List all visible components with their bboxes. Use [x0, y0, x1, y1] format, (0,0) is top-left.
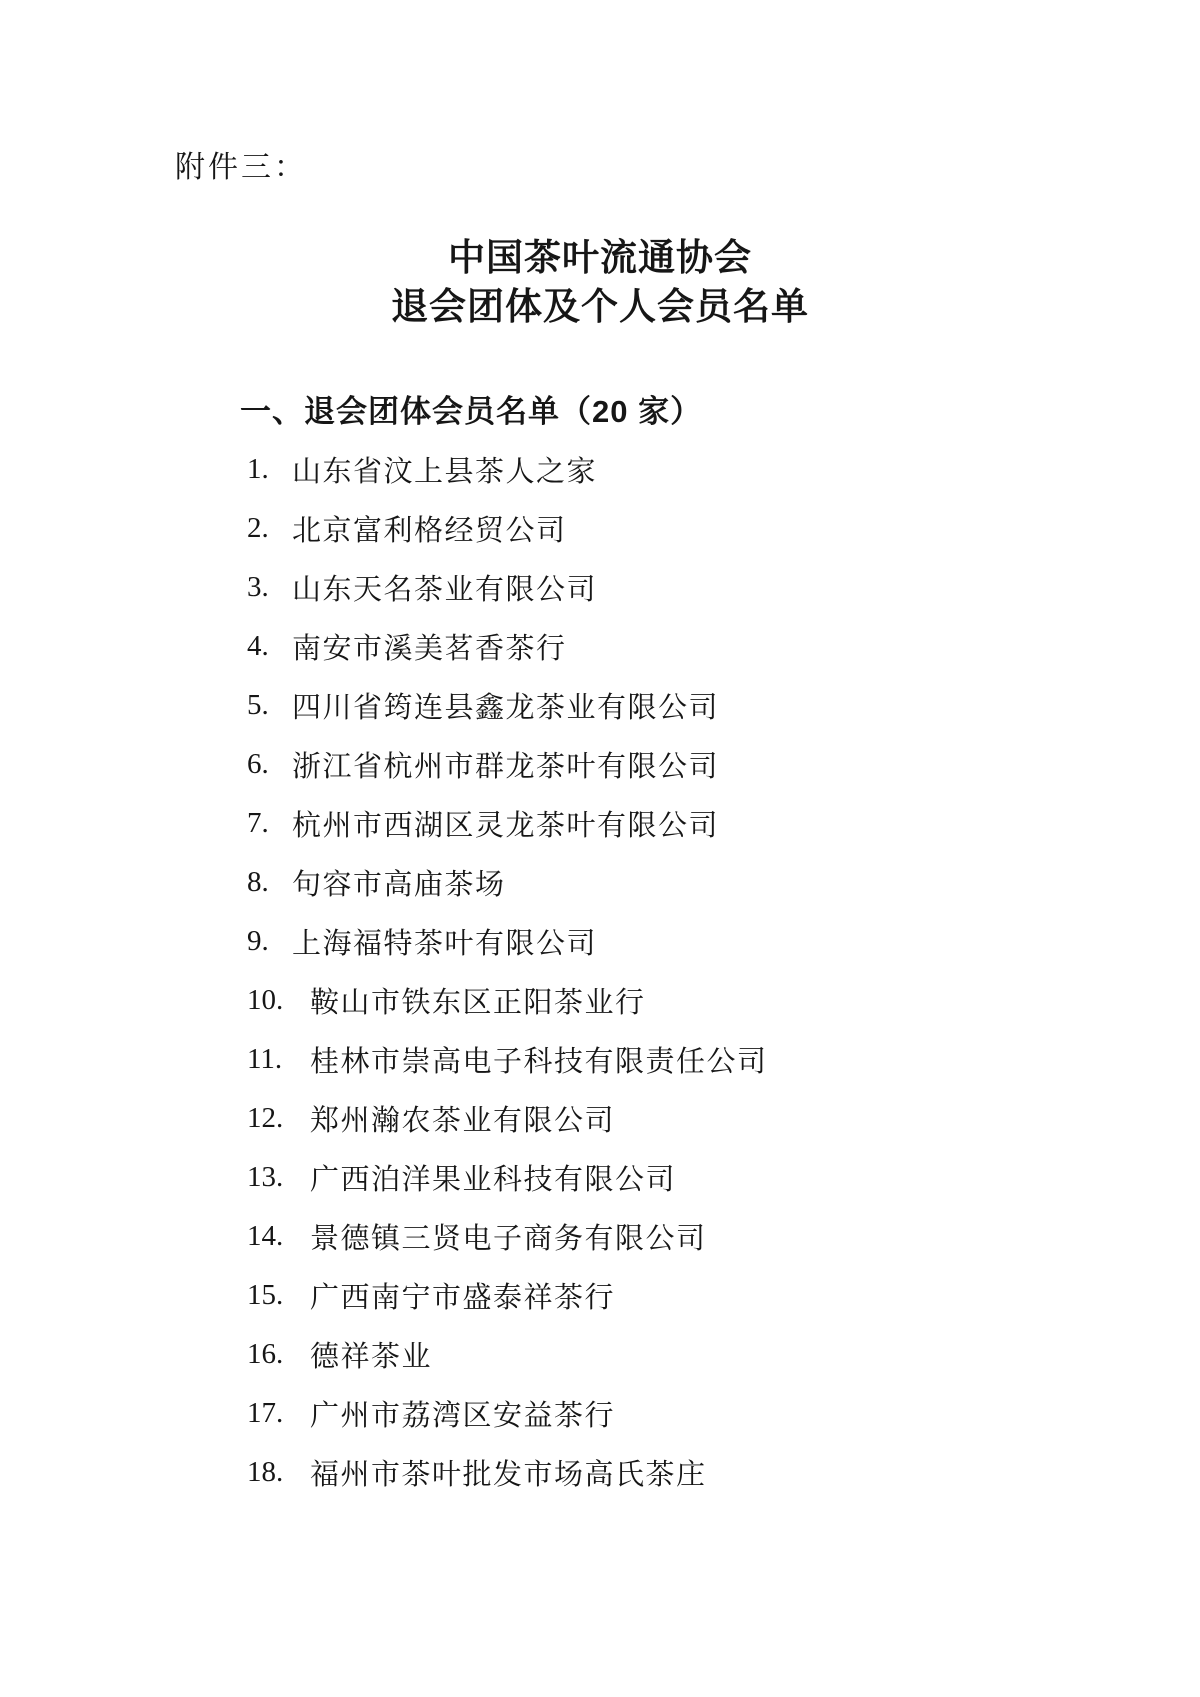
list-item: 16.德祥茶业 [247, 1325, 1067, 1384]
list-item-name: 句容市高庙茶场 [292, 862, 506, 903]
list-item-name: 广西泊洋果业科技有限公司 [310, 1157, 676, 1198]
list-item-name: 南安市溪美茗香茶行 [292, 626, 567, 667]
list-item-number: 11. [247, 1043, 310, 1076]
list-item-number: 16. [247, 1338, 310, 1371]
list-item-name: 北京富利格经贸公司 [292, 508, 567, 549]
list-item: 3.山东天名茶业有限公司 [247, 558, 1067, 617]
document-title: 中国茶叶流通协会 退会团体及个人会员名单 [0, 233, 1200, 331]
list-item: 1.山东省汶上县茶人之家 [247, 440, 1067, 499]
list-item-number: 15. [247, 1279, 310, 1312]
list-item-number: 14. [247, 1220, 310, 1253]
list-item-number: 13. [247, 1161, 310, 1194]
list-item: 2.北京富利格经贸公司 [247, 499, 1067, 558]
list-item: 17.广州市荔湾区安益茶行 [247, 1384, 1067, 1443]
list-item-name: 广西南宁市盛泰祥茶行 [310, 1275, 615, 1316]
list-item-number: 1. [247, 453, 292, 486]
list-item-number: 5. [247, 689, 292, 722]
list-item: 9.上海福特茶叶有限公司 [247, 912, 1067, 971]
list-item-number: 6. [247, 748, 292, 781]
list-item-number: 9. [247, 925, 292, 958]
list-item: 15.广西南宁市盛泰祥茶行 [247, 1266, 1067, 1325]
list-item: 12.郑州瀚农茶业有限公司 [247, 1089, 1067, 1148]
list-item-number: 17. [247, 1397, 310, 1430]
list-item-name: 广州市荔湾区安益茶行 [310, 1393, 615, 1434]
member-list: 1.山东省汶上县茶人之家2.北京富利格经贸公司3.山东天名茶业有限公司4.南安市… [247, 440, 1067, 1502]
list-item-name: 山东省汶上县茶人之家 [292, 449, 597, 490]
list-item: 14.景德镇三贤电子商务有限公司 [247, 1207, 1067, 1266]
list-item-number: 10. [247, 984, 310, 1017]
list-item-number: 7. [247, 807, 292, 840]
list-item-number: 3. [247, 571, 292, 604]
list-item-number: 12. [247, 1102, 310, 1135]
list-item-name: 浙江省杭州市群龙茶叶有限公司 [292, 744, 719, 785]
list-item-number: 18. [247, 1456, 310, 1489]
list-item-name: 福州市茶叶批发市场高氏茶庄 [310, 1452, 707, 1493]
list-item-name: 郑州瀚农茶业有限公司 [310, 1098, 615, 1139]
list-item: 4.南安市溪美茗香茶行 [247, 617, 1067, 676]
list-item: 7.杭州市西湖区灵龙茶叶有限公司 [247, 794, 1067, 853]
list-item: 10.鞍山市铁东区正阳茶业行 [247, 971, 1067, 1030]
list-item: 5.四川省筠连县鑫龙茶业有限公司 [247, 676, 1067, 735]
document-title-line2: 退会团体及个人会员名单 [0, 282, 1200, 331]
document-page: 附件三： 中国茶叶流通协会 退会团体及个人会员名单 一、退会团体会员名单（20 … [0, 0, 1200, 1697]
list-item-number: 8. [247, 866, 292, 899]
list-item: 8.句容市高庙茶场 [247, 853, 1067, 912]
list-item-number: 4. [247, 630, 292, 663]
list-item-name: 四川省筠连县鑫龙茶业有限公司 [292, 685, 719, 726]
attachment-label: 附件三： [175, 148, 307, 188]
list-item: 13.广西泊洋果业科技有限公司 [247, 1148, 1067, 1207]
list-item-name: 杭州市西湖区灵龙茶叶有限公司 [292, 803, 719, 844]
list-item-number: 2. [247, 512, 292, 545]
list-item: 6.浙江省杭州市群龙茶叶有限公司 [247, 735, 1067, 794]
list-item: 18.福州市茶叶批发市场高氏茶庄 [247, 1443, 1067, 1502]
list-item: 11.桂林市崇高电子科技有限责任公司 [247, 1030, 1067, 1089]
list-item-name: 山东天名茶业有限公司 [292, 567, 597, 608]
list-item-name: 德祥茶业 [310, 1334, 432, 1375]
section-heading: 一、退会团体会员名单（20 家） [240, 394, 702, 430]
list-item-name: 景德镇三贤电子商务有限公司 [310, 1216, 707, 1257]
list-item-name: 桂林市崇高电子科技有限责任公司 [310, 1039, 768, 1080]
list-item-name: 上海福特茶叶有限公司 [292, 921, 597, 962]
document-title-line1: 中国茶叶流通协会 [0, 233, 1200, 282]
list-item-name: 鞍山市铁东区正阳茶业行 [310, 980, 646, 1021]
